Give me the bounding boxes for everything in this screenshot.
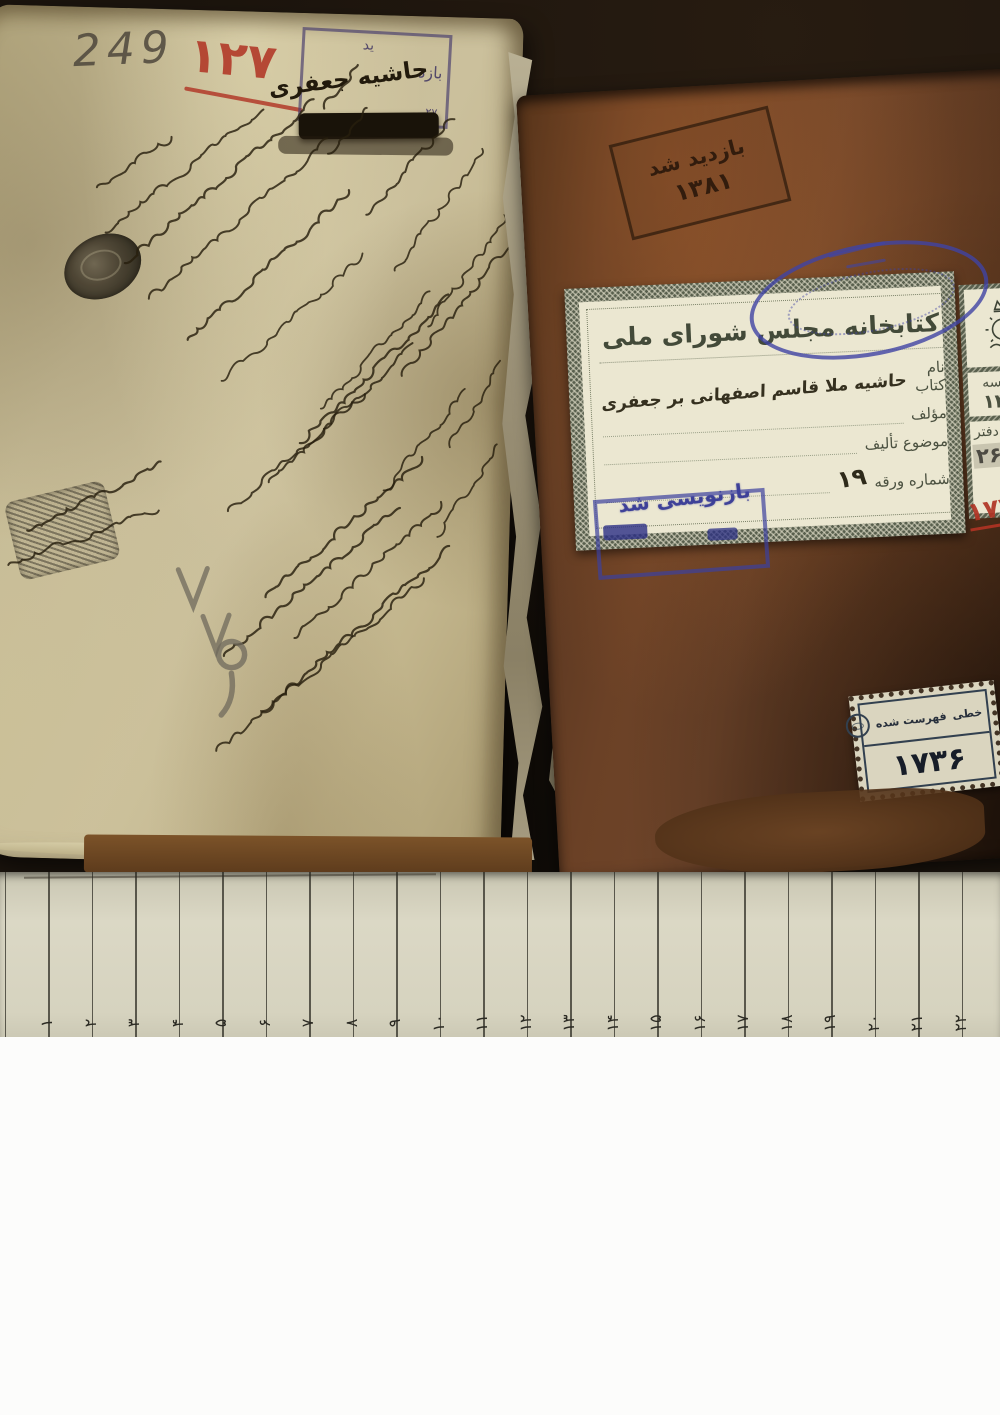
leaf-count-value: ۱۹ xyxy=(835,462,868,494)
handwriting-line xyxy=(364,115,455,217)
handwriting-line xyxy=(185,189,353,343)
ruler-number: ۹ xyxy=(381,1012,407,1034)
pencil-line xyxy=(24,873,436,878)
ruler-number: ۸ xyxy=(338,1012,364,1034)
scan-background xyxy=(0,1037,1000,1415)
ruler-number: ۴ xyxy=(164,1012,190,1034)
ruler-number: ۱۴ xyxy=(599,1012,625,1034)
handwriting-line xyxy=(263,455,425,599)
catalog-type-text: خطی xyxy=(952,705,983,721)
handwriting-line xyxy=(446,360,505,449)
ruler-number: ۱۸ xyxy=(773,1012,799,1034)
handwriting-line xyxy=(292,501,444,641)
ruler-number: ۱۱ xyxy=(468,1012,494,1034)
handwriting-line xyxy=(26,461,163,534)
handwriting-line xyxy=(95,135,174,191)
handwriting-line xyxy=(225,391,367,513)
blue-ink-mark xyxy=(707,527,738,540)
handwriting-line xyxy=(434,443,501,539)
ruler-number: ۱۹ xyxy=(816,1012,842,1034)
ruler: ۱۲۳۴۵۶۷۸۹۱۰۱۱۱۲۱۳۱۴۱۵۱۶۱۷۱۸۱۹۲۰۲۱۲۲ xyxy=(0,872,1000,1037)
handwriting-line xyxy=(222,504,401,658)
handwriting-inscriptions xyxy=(0,4,524,871)
ruler-number: ۵ xyxy=(207,1012,233,1034)
ruler-number: ۱۶ xyxy=(686,1012,712,1034)
field-author-label: مؤلف xyxy=(910,404,947,424)
ruler-number: ۱۵ xyxy=(642,1012,668,1034)
handwriting-line xyxy=(260,544,452,715)
handwriting-line xyxy=(398,242,512,377)
ruler-number: ۲۲ xyxy=(947,1012,973,1034)
handwriting-line xyxy=(425,203,518,329)
register-number: ۲۶۰۵۲ xyxy=(973,439,1000,469)
pencil-mark xyxy=(217,641,245,715)
foundation-label: مؤسسه xyxy=(970,372,1000,391)
handwriting-line xyxy=(321,62,360,111)
page-block-edge xyxy=(84,834,532,872)
catalog-label: خطی فهرست شده ۱۷۳۶ xyxy=(848,680,1000,802)
dotted-leader xyxy=(604,442,857,465)
red-catalog-number: ۱۷۳۶ xyxy=(966,490,1000,531)
handwriting-line xyxy=(122,98,318,266)
ruler-number: ۲۱ xyxy=(903,1012,929,1034)
foundation-year: ۱۳۰۲ xyxy=(971,388,1000,413)
field-book-name-label: نام کتاب xyxy=(914,358,946,395)
handwriting-line xyxy=(219,252,367,384)
handwriting-line xyxy=(318,290,434,411)
ruler-number: ۱۷ xyxy=(729,1012,755,1034)
handwriting-line xyxy=(381,388,470,493)
register-label: شماره دفتر xyxy=(972,421,1000,440)
foundation-box: مؤسسه ۱۳۰۲ xyxy=(968,369,1000,416)
handwriting-line xyxy=(214,576,428,754)
dotted-leader xyxy=(602,412,903,438)
handwriting-line xyxy=(326,107,370,156)
field-subject-label: موضوع تألیف xyxy=(864,432,948,454)
handwriting-line xyxy=(104,106,266,236)
ruler-number: ۷ xyxy=(294,1012,320,1034)
ruler-tick xyxy=(5,872,7,1037)
ruler-number: ۱۲ xyxy=(512,1012,538,1034)
field-leaf-label: شماره ورقه xyxy=(874,470,950,491)
catalog-status-text: فهرست شده xyxy=(875,709,947,730)
catalog-label-inner: خطی فهرست شده ۱۷۳۶ xyxy=(857,689,996,793)
handwriting-line xyxy=(7,505,160,569)
register-box: شماره دفتر ۲۶۰۵۲ ۱۷۳۶ xyxy=(970,418,1000,513)
ruler-number: ۱ xyxy=(33,1012,59,1034)
photo-area: 249 ۱۲۷ ید بازد ۲۷ حاشیه جعفری بازدید شد… xyxy=(0,0,1000,872)
blue-ink-mark xyxy=(603,523,648,540)
manuscript-scan: 249 ۱۲۷ ید بازد ۲۷ حاشیه جعفری بازدید شد… xyxy=(0,0,1000,1415)
handwriting-line xyxy=(297,294,452,446)
ruler-number: ۱۰ xyxy=(425,1012,451,1034)
manuscript-page: 249 ۱۲۷ ید بازد ۲۷ حاشیه جعفری xyxy=(0,4,524,871)
ruler-number: ۳ xyxy=(120,1012,146,1034)
ruler-number: ۲ xyxy=(77,1012,103,1034)
ruler-number: ۶ xyxy=(251,1012,277,1034)
pencil-mark xyxy=(177,568,207,607)
ruler-number: ۲۰ xyxy=(860,1012,886,1034)
ruler-number: ۱۳ xyxy=(555,1012,581,1034)
